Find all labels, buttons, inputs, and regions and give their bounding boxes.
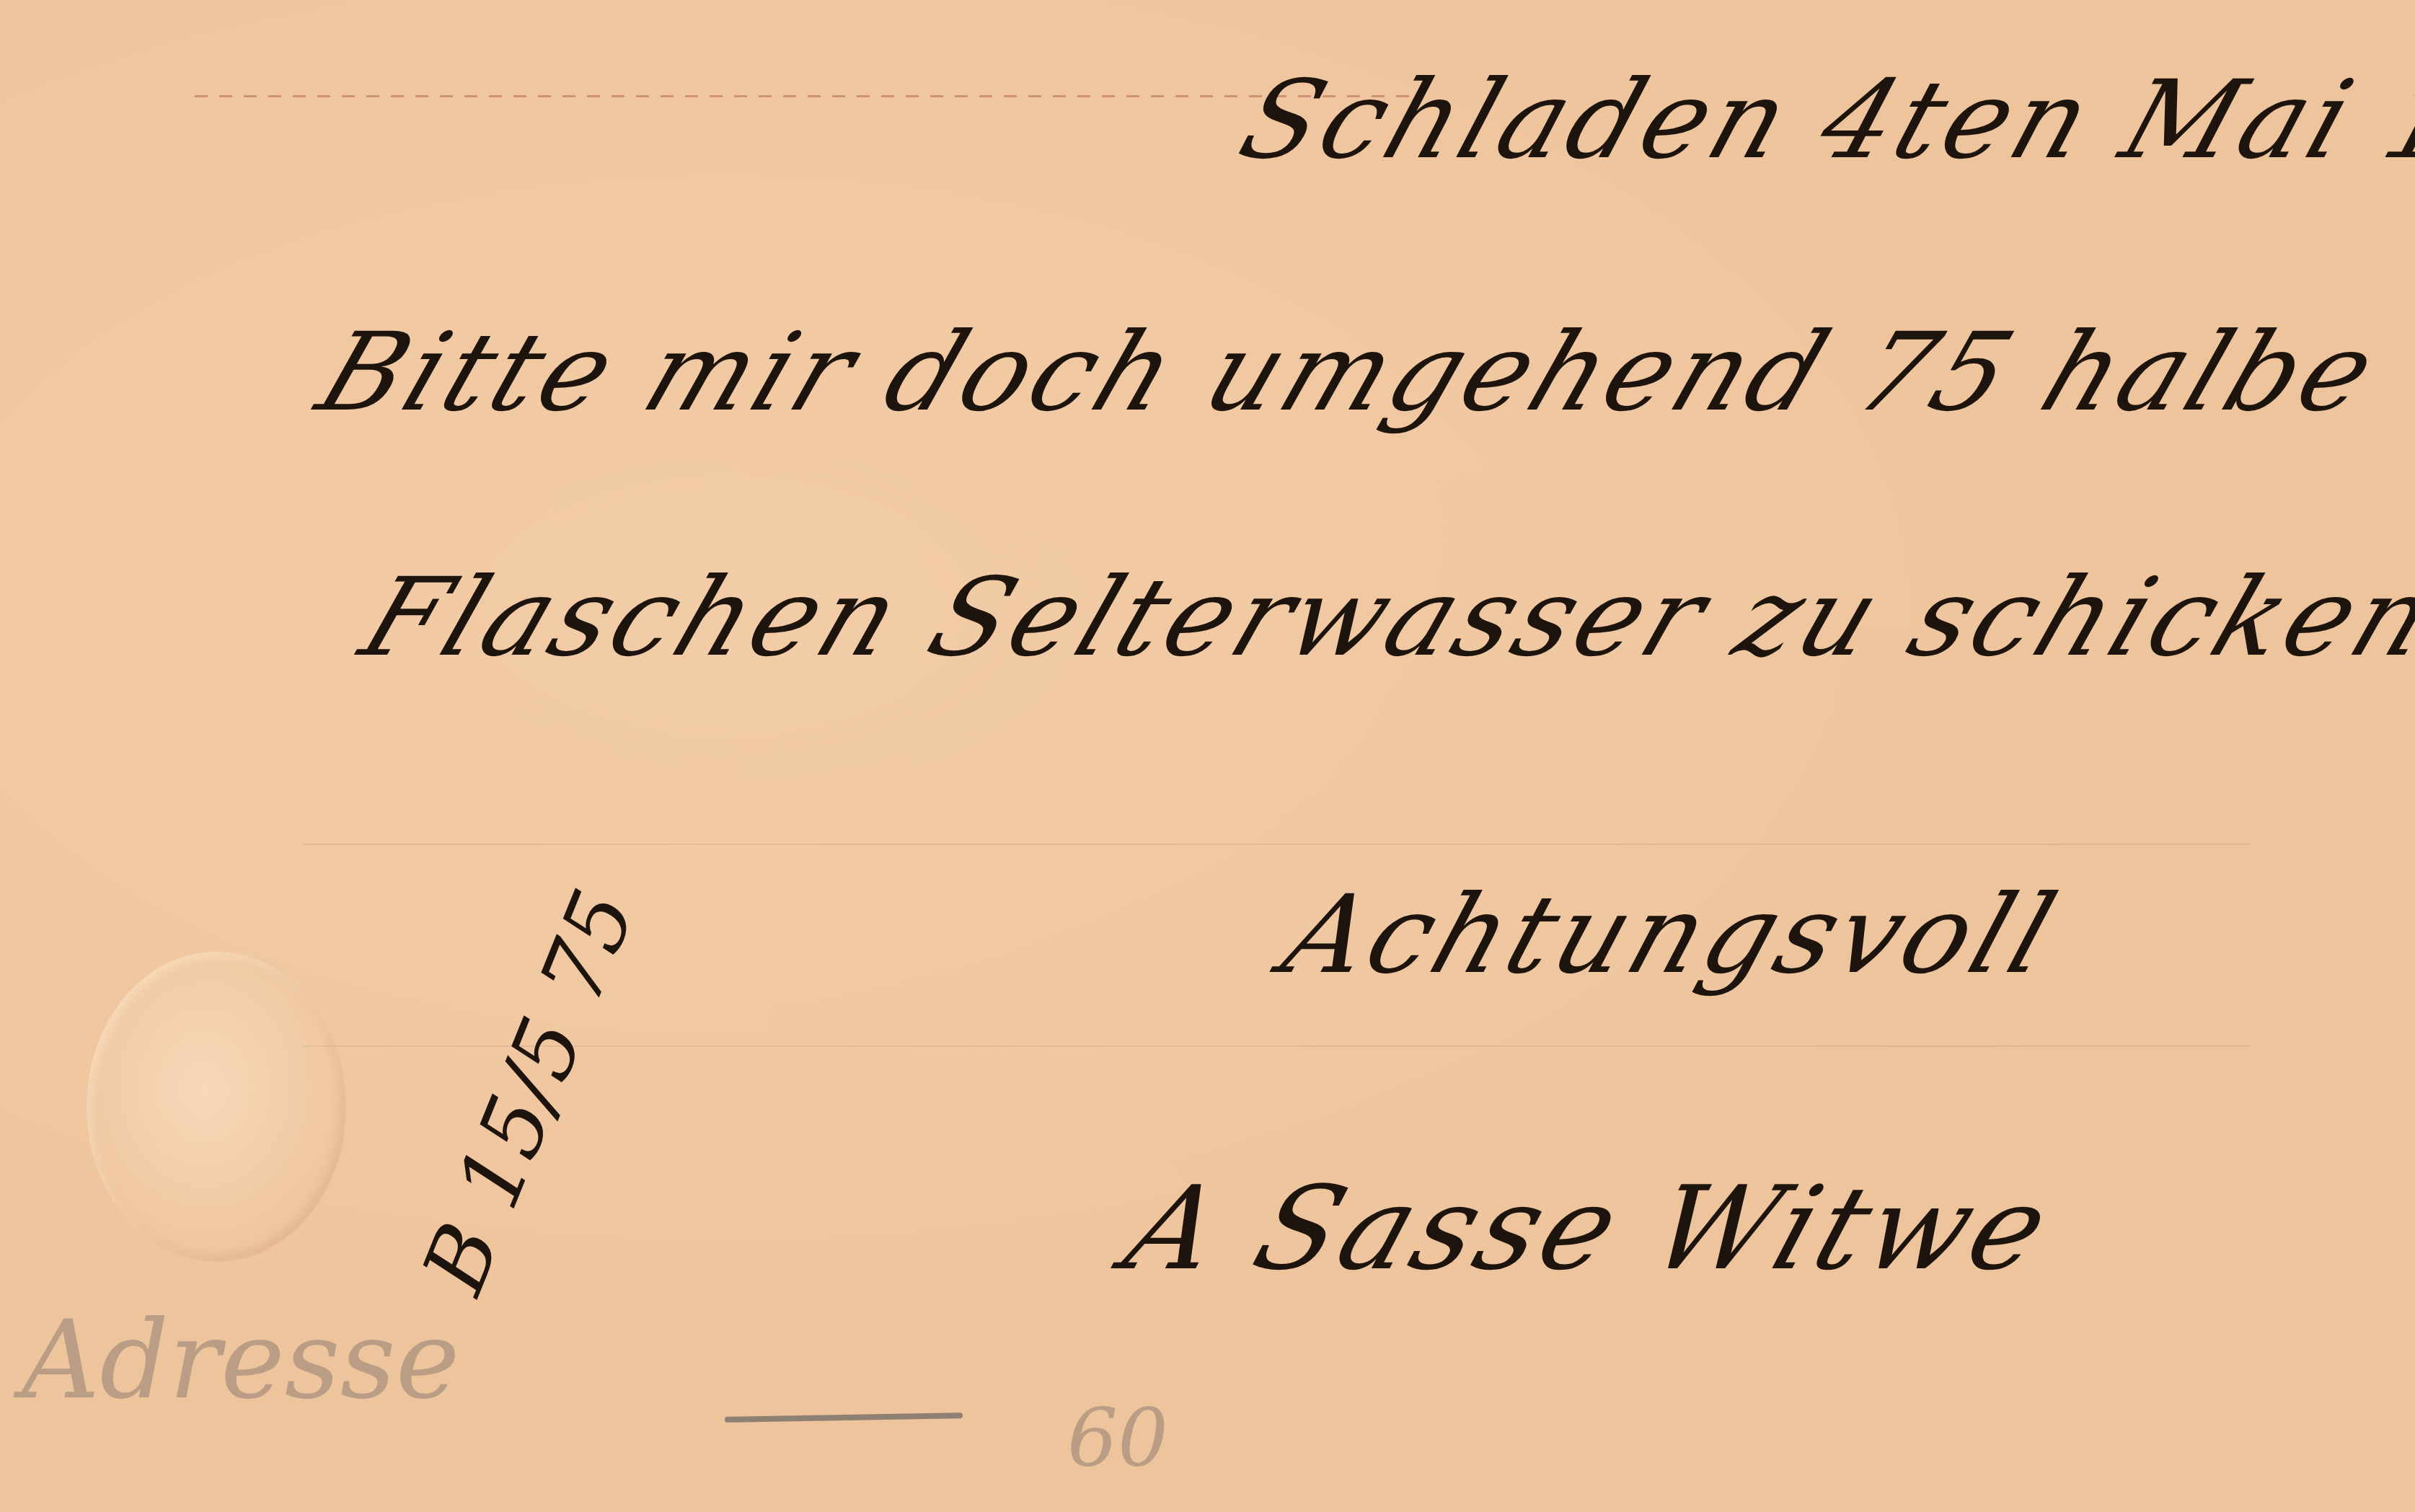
faint-rule: [303, 844, 2250, 845]
signature: A Sasse Witwe: [1111, 1161, 2069, 1296]
embossed-stamp: [87, 952, 346, 1262]
closing: Achtungsvoll: [1269, 872, 2073, 998]
margin-note: B 15/5 75: [404, 877, 655, 1307]
place-date: Schladen 4ten Mai 1875: [1226, 58, 2415, 183]
pencil-number: 60: [1067, 1392, 1168, 1484]
message-line-2: Flaschen Selterwasser zu schicken.: [346, 555, 2415, 681]
message-line-1: Bitte mir doch umgehend 75 halbe: [303, 310, 2395, 436]
printed-address-rule: [195, 95, 1421, 97]
pencil-underline: [725, 1412, 963, 1423]
pencil-address-note: Adresse: [22, 1298, 460, 1423]
postcard: Schladen 4ten Mai 1875 Bitte mir doch um…: [0, 0, 2415, 1512]
